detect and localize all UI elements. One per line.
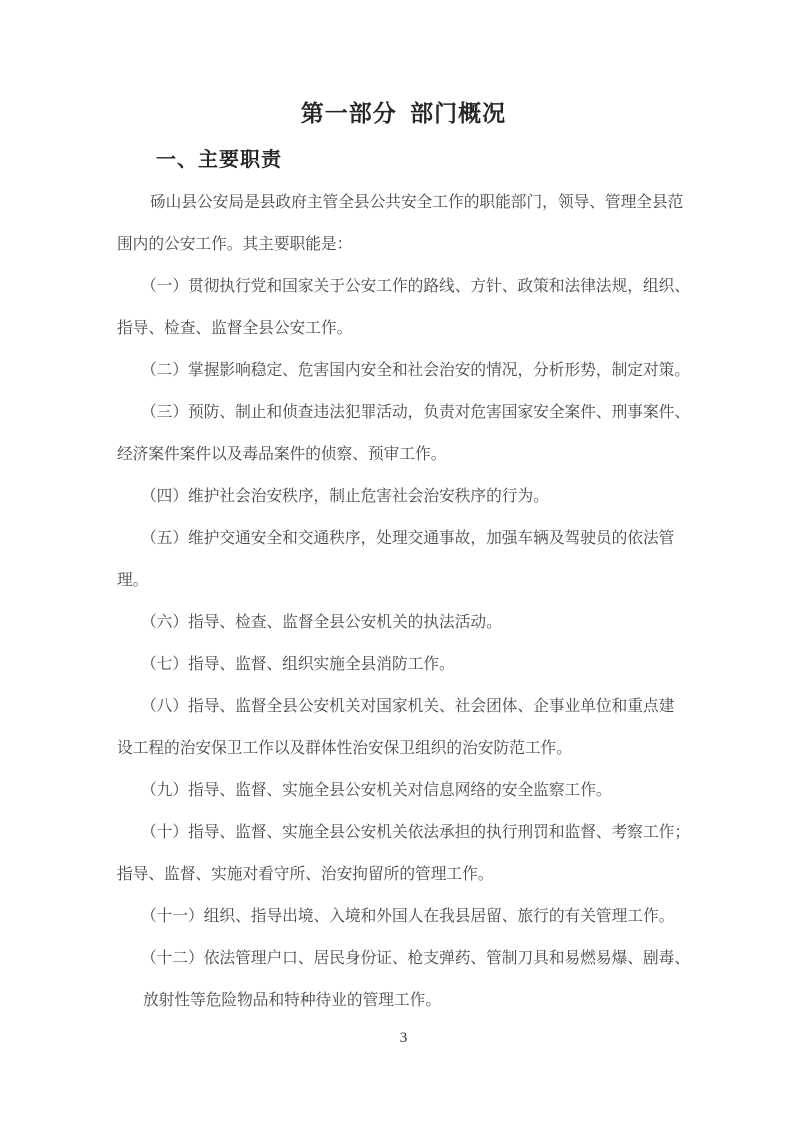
body-line: （一）贯彻执行党和国家关于公安工作的路线、方针、政策和法律法规，组织、	[117, 266, 690, 308]
page-number: 3	[117, 1030, 690, 1046]
body-line: （十）指导、监督、实施全县公安机关依法承担的执行刑罚和监督、考察工作；	[117, 812, 690, 854]
body-line: 砀山县公安局是县政府主管全县公共安全工作的职能部门，领导、管理全县范	[117, 182, 690, 224]
document-page: 第一部分 部门概况 一、主要职责 砀山县公安局是县政府主管全县公共安全工作的职能…	[0, 0, 793, 1122]
body-line: （三）预防、制止和侦查违法犯罪活动，负责对危害国家安全案件、刑事案件、	[117, 392, 690, 434]
body-line: （九）指导、监督、实施全县公安机关对信息网络的安全监察工作。	[117, 770, 690, 812]
body-line: 指导、检查、监督全县公安工作。	[117, 308, 690, 350]
body-line: 经济案件案件以及毒品案件的侦察、预审工作。	[117, 434, 690, 476]
section-heading: 一、主要职责	[117, 148, 690, 173]
body-line: 指导、监督、实施对看守所、治安拘留所的管理工作。	[117, 854, 690, 896]
body-line: 放射性等危险物品和特种待业的管理工作。	[117, 980, 690, 1022]
document-title: 第一部分 部门概况	[117, 99, 690, 127]
body-line: （二）掌握影响稳定、危害国内安全和社会治安的情况，分析形势，制定对策。	[117, 350, 690, 392]
document-body: 砀山县公安局是县政府主管全县公共安全工作的职能部门，领导、管理全县范 围内的公安…	[117, 182, 690, 1022]
body-line: （八）指导、监督全县公安机关对国家机关、社会团体、企事业单位和重点建	[117, 686, 690, 728]
body-line: 设工程的治安保卫工作以及群体性治安保卫组织的治安防范工作。	[117, 728, 690, 770]
body-line: （七）指导、监督、组织实施全县消防工作。	[117, 644, 690, 686]
body-line: （四）维护社会治安秩序，制止危害社会治安秩序的行为。	[117, 476, 690, 518]
body-line: （五）维护交通安全和交通秩序，处理交通事故，加强车辆及驾驶员的依法管	[117, 518, 690, 560]
body-line: （六）指导、检查、监督全县公安机关的执法活动。	[117, 602, 690, 644]
body-line: 理。	[117, 560, 690, 602]
body-line: （十二）依法管理户口、居民身份证、枪支弹药、管制刀具和易燃易爆、剧毒、	[117, 938, 690, 980]
body-line: （十一）组织、指导出境、入境和外国人在我县居留、旅行的有关管理工作。	[117, 896, 690, 938]
body-line: 围内的公安工作。其主要职能是：	[117, 224, 690, 266]
